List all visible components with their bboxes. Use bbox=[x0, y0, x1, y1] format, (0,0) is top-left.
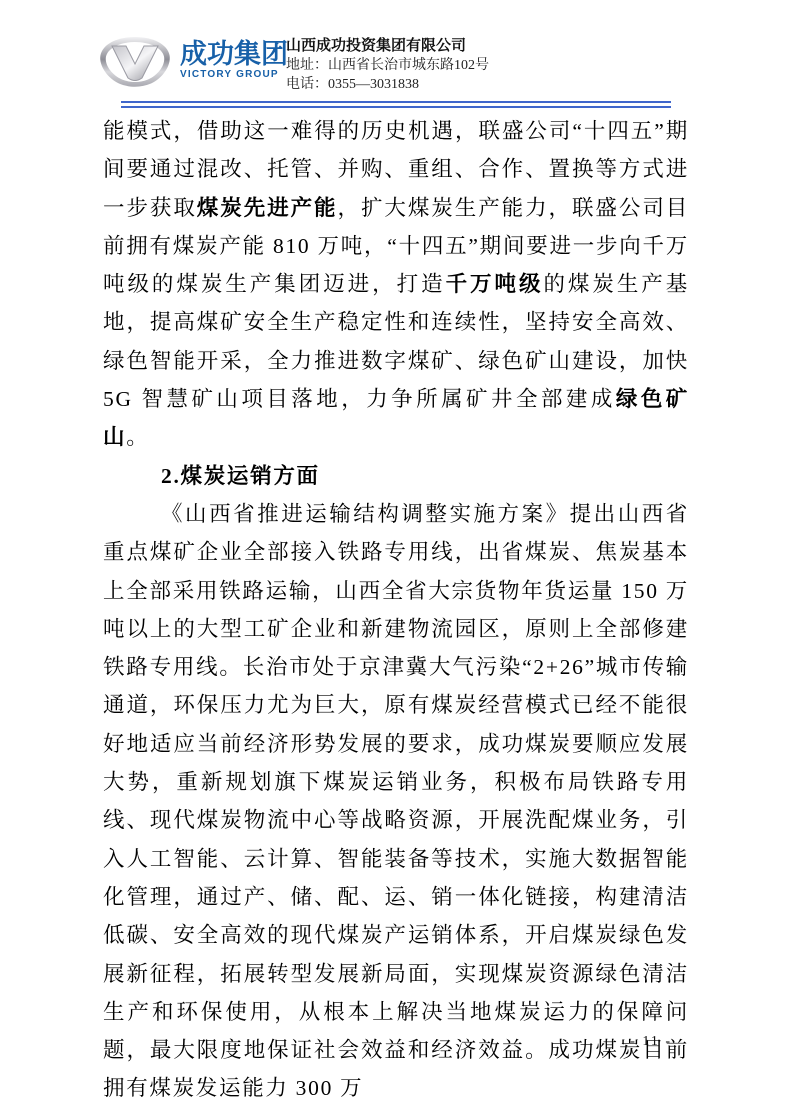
text-segment: 。 bbox=[126, 425, 149, 449]
text-segment: 2.煤炭运销方面 bbox=[161, 464, 320, 488]
document-page: 成功集团 VICTORY GROUP 山西成功投资集团有限公司 地址：山西省长治… bbox=[0, 0, 790, 1118]
brand-block: 成功集团 VICTORY GROUP bbox=[180, 40, 285, 81]
company-address: 地址：山西省长治市城东路102号 bbox=[286, 56, 489, 75]
brand-name-en: VICTORY GROUP bbox=[180, 69, 285, 81]
company-info: 山西成功投资集团有限公司 地址：山西省长治市城东路102号 电话：0355—30… bbox=[286, 36, 489, 94]
company-phone: 电话：0355—3031838 bbox=[286, 75, 489, 94]
header-divider-rule bbox=[121, 101, 671, 108]
letterhead: 成功集团 VICTORY GROUP 山西成功投资集团有限公司 地址：山西省长治… bbox=[0, 0, 790, 100]
brand-name-cn: 成功集团 bbox=[180, 40, 285, 68]
text-segment: 《山西省推进运输结构调整实施方案》提出山西省重点煤矿企业全部接入铁路专用线，出省… bbox=[103, 502, 689, 1100]
document-body: 能模式，借助这一难得的历史机遇，联盛公司“十四五”期间要通过混改、托管、并购、重… bbox=[103, 112, 689, 1108]
text-segment: 千万吨级 bbox=[446, 272, 544, 296]
page-number: - 11 - bbox=[630, 1034, 672, 1050]
body-paragraph: 《山西省推进运输结构调整实施方案》提出山西省重点煤矿企业全部接入铁路专用线，出省… bbox=[103, 495, 689, 1108]
victory-v-emblem-icon bbox=[98, 35, 172, 89]
body-paragraph: 能模式，借助这一难得的历史机遇，联盛公司“十四五”期间要通过混改、托管、并购、重… bbox=[103, 112, 689, 457]
company-name: 山西成功投资集团有限公司 bbox=[286, 36, 489, 56]
text-segment: 煤炭先进产能 bbox=[197, 196, 338, 220]
section-heading: 2.煤炭运销方面 bbox=[103, 457, 689, 495]
